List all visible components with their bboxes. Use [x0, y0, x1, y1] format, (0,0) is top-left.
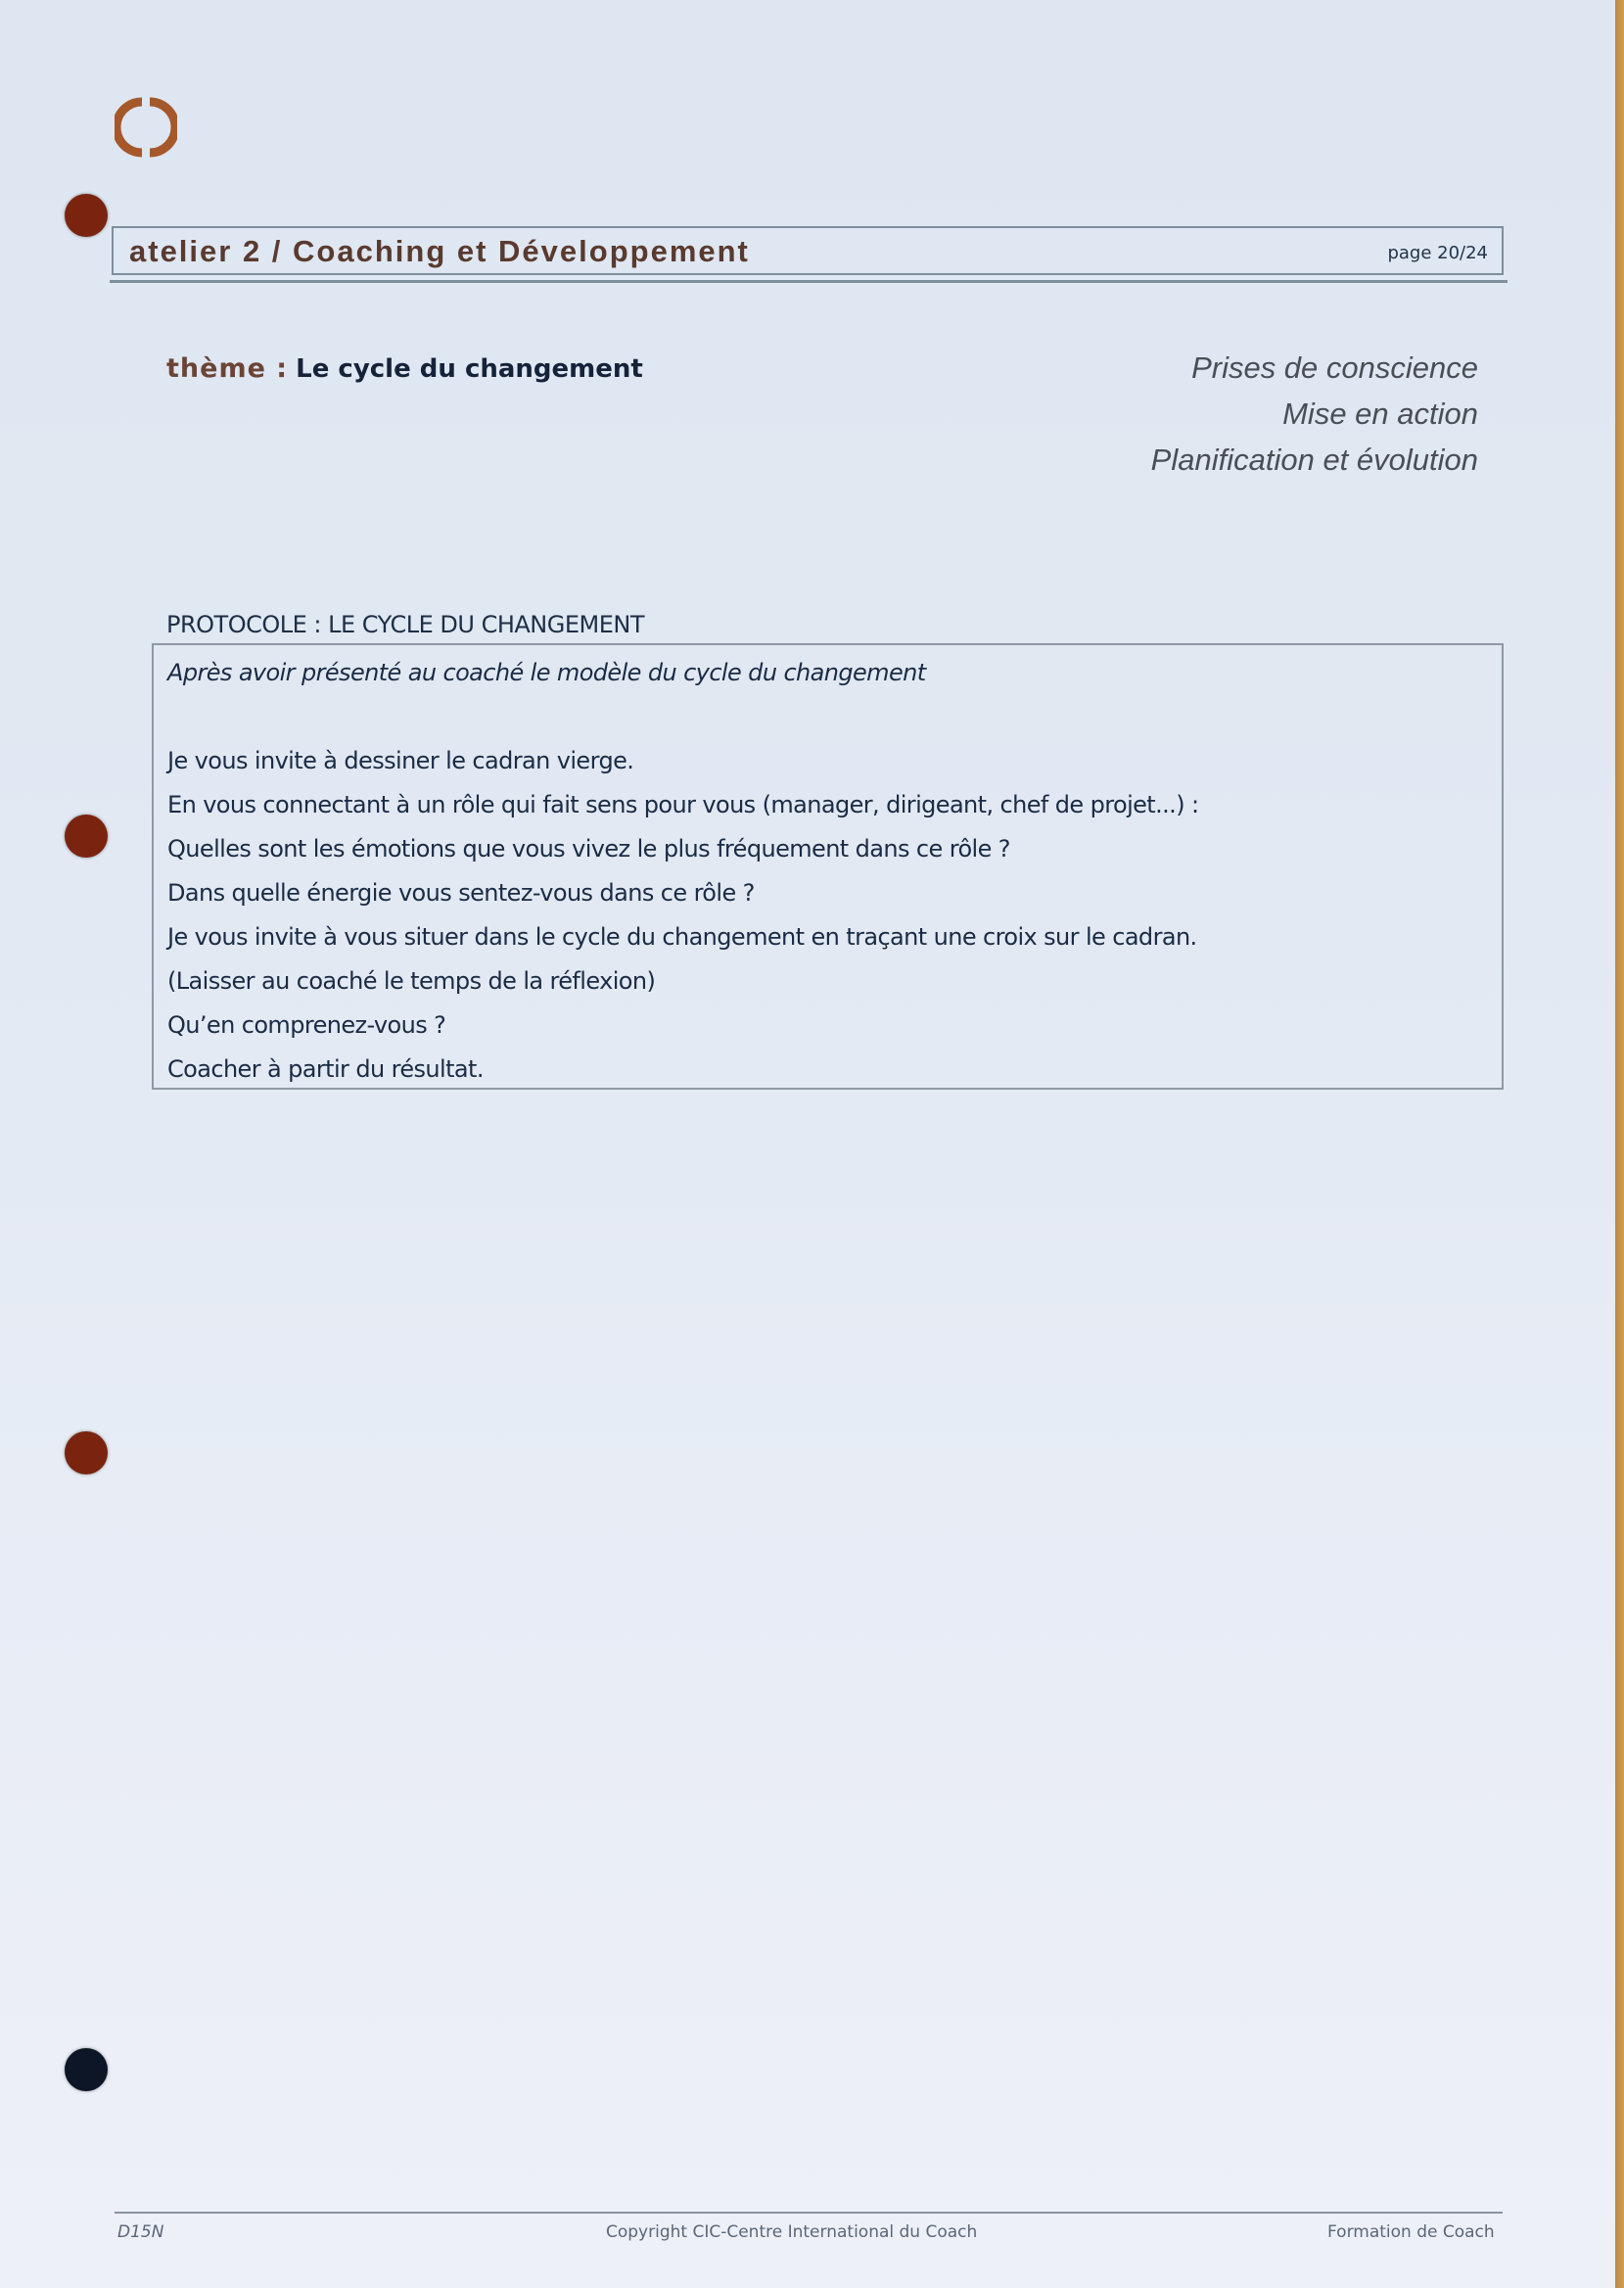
footer-copyright: Copyright CIC-Centre International du Co… [606, 2222, 977, 2242]
keywords-list: Prises de conscience Mise en action Plan… [1151, 345, 1478, 483]
footer-doc-code: D15N [117, 2222, 163, 2242]
protocol-title: PROTOCOLE : LE CYCLE DU CHANGEMENT [166, 611, 644, 638]
protocol-intro: Après avoir présenté au coaché le modèle… [167, 651, 1198, 695]
protocol-line-1: Je vous invite à dessiner le cadran vier… [167, 739, 1198, 783]
header-divider [110, 280, 1508, 283]
protocol-line-3: Quelles sont les émotions que vous vivez… [167, 827, 1198, 871]
punch-hole-1 [65, 194, 108, 237]
protocol-line-4: Dans quelle énergie vous sentez-vous dan… [167, 871, 1198, 915]
split-circle-logo-icon [115, 96, 177, 159]
protocol-line-6: (Laisser au coaché le temps de la réflex… [167, 959, 1198, 1004]
punch-hole-2 [65, 815, 108, 858]
footer-divider [115, 2212, 1503, 2214]
footer-program: Formation de Coach [1327, 2222, 1495, 2242]
protocol-lines: Après avoir présenté au coaché le modèle… [167, 651, 1198, 1092]
protocol-box: Après avoir présenté au coaché le modèle… [152, 643, 1504, 1090]
protocol-line-5: Je vous invite à vous situer dans le cyc… [167, 915, 1198, 959]
keyword-3: Planification et évolution [1151, 437, 1478, 483]
punch-hole-3 [65, 1431, 108, 1474]
protocol-blank-line [167, 695, 1198, 739]
header-box: atelier 2 / Coaching et Développement pa… [112, 226, 1504, 275]
page-number: page 20/24 [1387, 243, 1488, 263]
theme-line: thème : Le cycle du changement [166, 352, 643, 385]
keyword-1: Prises de conscience [1151, 345, 1478, 391]
background-table-edge [1615, 0, 1624, 2288]
protocol-line-7: Qu’en comprenez-vous ? [167, 1004, 1198, 1048]
punch-hole-4 [65, 2048, 108, 2091]
theme-value: Le cycle du changement [296, 354, 643, 384]
theme-label: thème : [166, 353, 288, 384]
workshop-title: atelier 2 / Coaching et Développement [129, 234, 750, 269]
protocol-line-8: Coacher à partir du résultat. [167, 1048, 1198, 1092]
protocol-line-2: En vous connectant à un rôle qui fait se… [167, 783, 1198, 827]
keyword-2: Mise en action [1151, 391, 1478, 437]
document-page: atelier 2 / Coaching et Développement pa… [0, 0, 1615, 2288]
